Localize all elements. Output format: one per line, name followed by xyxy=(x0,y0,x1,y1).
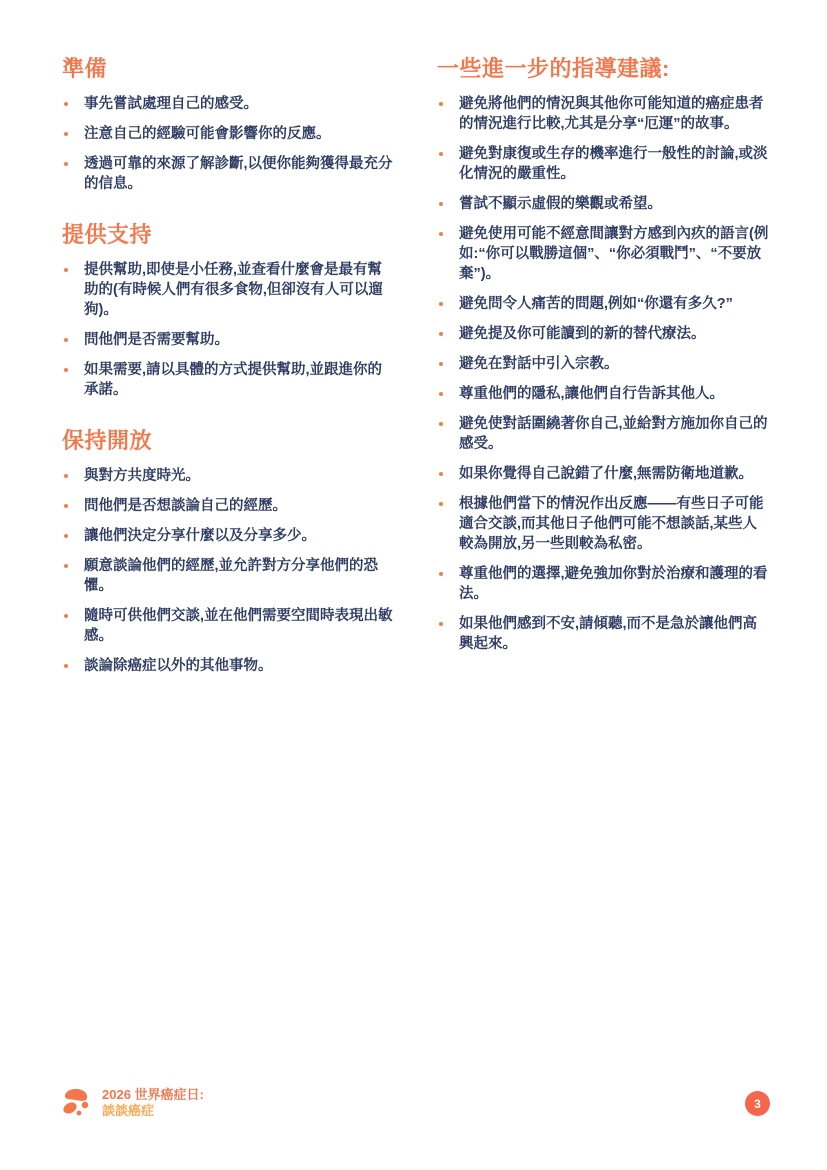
bullet-text: 根據他們當下的情況作出反應——有些日子可能適合交談,而其他日子他們可能不想談話,… xyxy=(459,494,770,554)
brand-subtitle: 談談癌症 xyxy=(102,1103,204,1119)
list-item: 談論除癌症以外的其他事物。 xyxy=(62,656,393,676)
section-heading: 準備 xyxy=(62,56,393,82)
bullet-icon xyxy=(439,622,443,626)
list-item: 尊重他們的選擇,避免強加你對於治療和護理的看法。 xyxy=(437,564,770,604)
page-content: 準備 事先嘗試處理自己的感受。 注意自己的經驗可能會影響你的反應。 透過可靠的來… xyxy=(62,56,770,686)
brand-title: 2026 世界癌症日: xyxy=(102,1087,204,1103)
bullet-icon xyxy=(64,368,68,372)
bullet-icon xyxy=(439,472,443,476)
section-preparation: 準備 事先嘗試處理自己的感受。 注意自己的經驗可能會影響你的反應。 透過可靠的來… xyxy=(62,56,393,194)
brand-text: 2026 世界癌症日: 談談癌症 xyxy=(102,1086,204,1119)
bullet-icon xyxy=(64,504,68,508)
list-item: 嘗試不顯示虛假的樂觀或希望。 xyxy=(437,194,770,214)
bullet-text: 避免在對話中引入宗教。 xyxy=(459,354,619,374)
bullet-icon xyxy=(439,152,443,156)
bullet-text: 避免問令人痛苦的問題,例如“你還有多久?” xyxy=(459,294,733,314)
bullet-icon xyxy=(439,502,443,506)
list-item: 避免問令人痛苦的問題,例如“你還有多久?” xyxy=(437,294,770,314)
world-cancer-day-logo-icon xyxy=(62,1088,90,1116)
list-item: 願意談論他們的經歷,並允許對方分享他們的恐懼。 xyxy=(62,556,393,596)
bullet-icon xyxy=(439,202,443,206)
bullet-text: 問他們是否想談論自己的經歷。 xyxy=(84,496,287,516)
bullet-text: 願意談論他們的經歷,並允許對方分享他們的恐懼。 xyxy=(84,556,393,596)
bullet-text: 尊重他們的選擇,避免強加你對於治療和護理的看法。 xyxy=(459,564,770,604)
list-item: 根據他們當下的情況作出反應——有些日子可能適合交談,而其他日子他們可能不想談話,… xyxy=(437,494,770,554)
list-item: 避免對康復或生存的機率進行一般性的討論,或淡化情況的嚴重性。 xyxy=(437,144,770,184)
bullet-text: 嘗試不顯示虛假的樂觀或希望。 xyxy=(459,194,662,214)
list-item: 如果你覺得自己說錯了什麼,無需防衛地道歉。 xyxy=(437,464,770,484)
list-item: 避免使對話圍繞著你自己,並給對方施加你自己的感受。 xyxy=(437,414,770,454)
list-item: 問他們是否想談論自己的經歷。 xyxy=(62,496,393,516)
bullet-icon xyxy=(64,664,68,668)
brand: 2026 世界癌症日: 談談癌症 xyxy=(62,1086,204,1119)
page-number-badge: 3 xyxy=(745,1091,770,1116)
bullet-icon xyxy=(439,362,443,366)
bullet-icon xyxy=(439,232,443,236)
bullet-text: 談論除癌症以外的其他事物。 xyxy=(84,656,273,676)
bullet-icon xyxy=(64,102,68,106)
bullet-icon xyxy=(439,302,443,306)
bullet-text: 避免使用可能不經意間讓對方感到內疚的語言(例如:“你可以戰勝這個”、“你必須戰鬥… xyxy=(459,224,770,284)
section-further-guidance: 一些進一步的指導建議: 避免將他們的情況與其他你可能知道的癌症患者的情況進行比較… xyxy=(437,56,770,654)
list-item: 避免提及你可能讀到的新的替代療法。 xyxy=(437,324,770,344)
bullet-icon xyxy=(64,132,68,136)
bullet-icon xyxy=(64,474,68,478)
bullet-icon xyxy=(64,162,68,166)
bullet-icon xyxy=(64,338,68,342)
section-offer-support: 提供支持 提供幫助,即使是小任務,並查看什麼會是最有幫助的(有時候人們有很多食物… xyxy=(62,222,393,400)
bullet-icon xyxy=(439,392,443,396)
list-item: 透過可靠的來源了解診斷,以便你能夠獲得最充分的信息。 xyxy=(62,154,393,194)
bullet-text: 避免提及你可能讀到的新的替代療法。 xyxy=(459,324,706,344)
bullet-icon xyxy=(439,332,443,336)
list-item: 讓他們決定分享什麼以及分享多少。 xyxy=(62,526,393,546)
right-column: 一些進一步的指導建議: 避免將他們的情況與其他你可能知道的癌症患者的情況進行比較… xyxy=(437,56,770,686)
bullet-text: 問他們是否需要幫助。 xyxy=(84,330,229,350)
list-item: 如果他們感到不安,請傾聽,而不是急於讓他們高興起來。 xyxy=(437,614,770,654)
list-item: 如果需要,請以具體的方式提供幫助,並跟進你的承諾。 xyxy=(62,360,393,400)
bullet-icon xyxy=(439,422,443,426)
bullet-text: 如果他們感到不安,請傾聽,而不是急於讓他們高興起來。 xyxy=(459,614,770,654)
bullet-text: 透過可靠的來源了解診斷,以便你能夠獲得最充分的信息。 xyxy=(84,154,393,194)
left-column: 準備 事先嘗試處理自己的感受。 注意自己的經驗可能會影響你的反應。 透過可靠的來… xyxy=(62,56,393,686)
list-item: 避免將他們的情況與其他你可能知道的癌症患者的情況進行比較,尤其是分享“厄運”的故… xyxy=(437,94,770,134)
bullet-icon xyxy=(64,268,68,272)
list-item: 尊重他們的隱私,讓他們自行告訴其他人。 xyxy=(437,384,770,404)
list-item: 與對方共度時光。 xyxy=(62,466,393,486)
bullet-text: 避免使對話圍繞著你自己,並給對方施加你自己的感受。 xyxy=(459,414,770,454)
list-item: 問他們是否需要幫助。 xyxy=(62,330,393,350)
section-heading: 保持開放 xyxy=(62,428,393,454)
bullet-icon xyxy=(439,572,443,576)
bullet-icon xyxy=(64,564,68,568)
bullet-icon xyxy=(64,614,68,618)
bullet-list: 提供幫助,即使是小任務,並查看什麼會是最有幫助的(有時候人們有很多食物,但卻沒有… xyxy=(62,260,393,400)
bullet-list: 與對方共度時光。 問他們是否想談論自己的經歷。 讓他們決定分享什麼以及分享多少。… xyxy=(62,466,393,676)
list-item: 隨時可供他們交談,並在他們需要空間時表現出敏感。 xyxy=(62,606,393,646)
bullet-text: 提供幫助,即使是小任務,並查看什麼會是最有幫助的(有時候人們有很多食物,但卻沒有… xyxy=(84,260,393,320)
bullet-text: 避免將他們的情況與其他你可能知道的癌症患者的情況進行比較,尤其是分享“厄運”的故… xyxy=(459,94,770,134)
bullet-text: 隨時可供他們交談,並在他們需要空間時表現出敏感。 xyxy=(84,606,393,646)
bullet-text: 如果你覺得自己說錯了什麼,無需防衛地道歉。 xyxy=(459,464,753,484)
bullet-list: 避免將他們的情況與其他你可能知道的癌症患者的情況進行比較,尤其是分享“厄運”的故… xyxy=(437,94,770,654)
bullet-text: 事先嘗試處理自己的感受。 xyxy=(84,94,258,114)
list-item: 事先嘗試處理自己的感受。 xyxy=(62,94,393,114)
list-item: 避免在對話中引入宗教。 xyxy=(437,354,770,374)
list-item: 避免使用可能不經意間讓對方感到內疚的語言(例如:“你可以戰勝這個”、“你必須戰鬥… xyxy=(437,224,770,284)
bullet-text: 與對方共度時光。 xyxy=(84,466,200,486)
list-item: 提供幫助,即使是小任務,並查看什麼會是最有幫助的(有時候人們有很多食物,但卻沒有… xyxy=(62,260,393,320)
list-item: 注意自己的經驗可能會影響你的反應。 xyxy=(62,124,393,144)
bullet-list: 事先嘗試處理自己的感受。 注意自己的經驗可能會影響你的反應。 透過可靠的來源了解… xyxy=(62,94,393,194)
bullet-text: 尊重他們的隱私,讓他們自行告訴其他人。 xyxy=(459,384,724,404)
bullet-icon xyxy=(64,534,68,538)
page-footer: 2026 世界癌症日: 談談癌症 3 xyxy=(62,1086,770,1119)
bullet-text: 注意自己的經驗可能會影響你的反應。 xyxy=(84,124,331,144)
bullet-text: 避免對康復或生存的機率進行一般性的討論,或淡化情況的嚴重性。 xyxy=(459,144,770,184)
section-stay-open: 保持開放 與對方共度時光。 問他們是否想談論自己的經歷。 讓他們決定分享什麼以及… xyxy=(62,428,393,676)
section-heading: 一些進一步的指導建議: xyxy=(437,56,770,82)
section-heading: 提供支持 xyxy=(62,222,393,248)
bullet-text: 讓他們決定分享什麼以及分享多少。 xyxy=(84,526,316,546)
bullet-icon xyxy=(439,102,443,106)
bullet-text: 如果需要,請以具體的方式提供幫助,並跟進你的承諾。 xyxy=(84,360,393,400)
